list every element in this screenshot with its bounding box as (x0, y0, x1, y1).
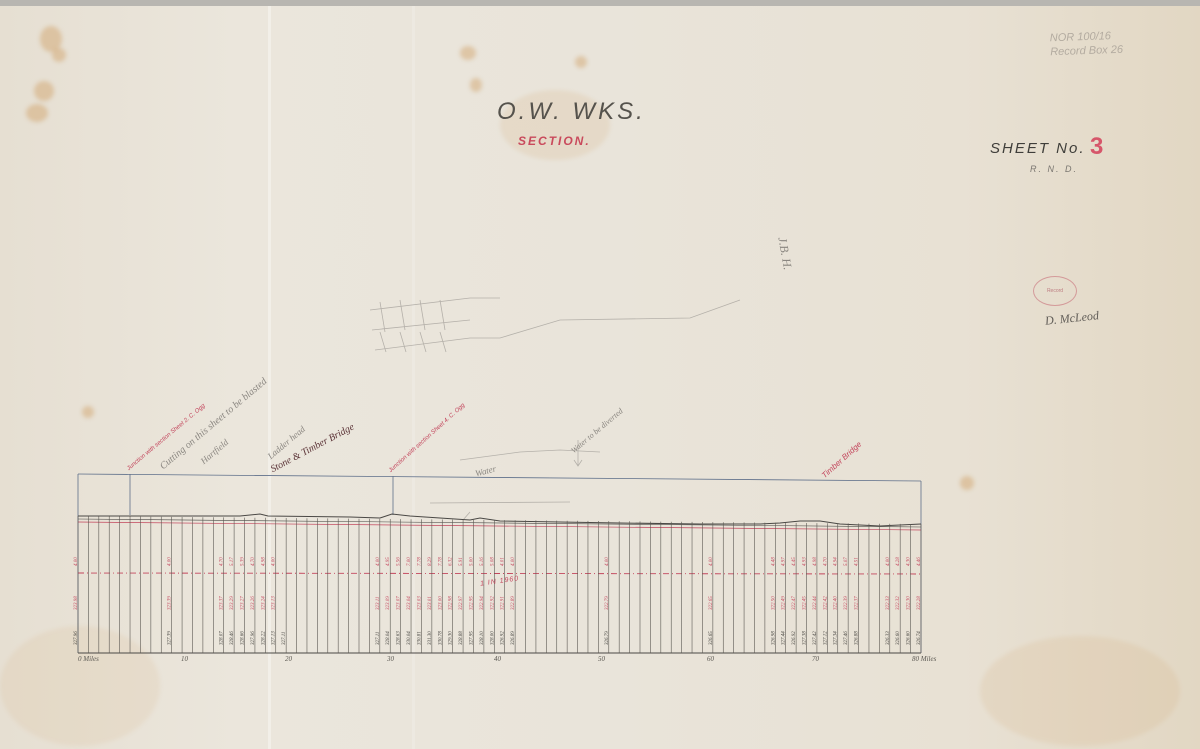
station-value: 7.78 (438, 557, 443, 566)
station-value: 5.07 (844, 557, 849, 566)
station-value: 327.96 (251, 631, 256, 645)
station-value: 4.95 (386, 557, 391, 566)
station-value: 323.01 (428, 596, 433, 610)
station-value: 5.17 (230, 557, 235, 566)
station-value: 322.98 (449, 596, 454, 610)
station-value: 322.50 (771, 596, 776, 610)
axis-tick-label: 40 (494, 655, 501, 663)
station-value: 326.60 (907, 631, 912, 645)
station-value: 327.13 (272, 631, 277, 645)
station-value: 328.46 (230, 631, 235, 645)
station-value: 327.12 (823, 631, 828, 645)
station-value: 329.30 (449, 631, 454, 645)
station-value: 4.01 (501, 557, 506, 566)
station-value: 322.37 (855, 596, 860, 610)
station-value: 326.89 (511, 631, 516, 645)
station-value: 4.00 (511, 557, 516, 566)
station-value: 323.27 (241, 596, 246, 610)
station-value: 322.30 (907, 596, 912, 610)
station-value: 323.98 (74, 596, 79, 610)
station-value: 322.94 (480, 596, 485, 610)
station-value: 328.04 (386, 631, 391, 645)
station-value: 322.95 (469, 596, 474, 610)
station-value: 326.92 (792, 631, 797, 645)
station-value: 326.98 (771, 631, 776, 645)
station-value: 327.46 (844, 631, 849, 645)
station-value: 327.34 (834, 631, 839, 645)
pencil-sketch (370, 298, 740, 520)
axis-tick-label: 10 (181, 655, 188, 663)
station-value: 4.00 (605, 557, 610, 566)
station-value: 322.28 (917, 596, 922, 610)
station-value: 323.37 (220, 596, 225, 610)
station-value: 328.88 (459, 631, 464, 645)
station-value: 8.29 (428, 557, 433, 566)
station-value: 4.30 (907, 557, 912, 566)
station-value: 322.47 (792, 596, 797, 610)
station-value: 323.29 (230, 596, 235, 610)
station-value: 326.33 (886, 631, 891, 645)
station-value: 323.11 (376, 597, 381, 610)
station-value: 323.24 (261, 596, 266, 610)
station-value: 326.65 (709, 631, 714, 645)
station-value: 327.38 (803, 631, 808, 645)
axis-tick-label: 30 (387, 655, 394, 663)
drawing-sheet: O.W. WKS. SECTION. SHEET No. 3 R. N. D. … (0, 6, 1200, 749)
station-value: 330.78 (438, 631, 443, 645)
station-value: 322.79 (605, 596, 610, 610)
station-value: 323.09 (386, 596, 391, 610)
station-value: 328.63 (397, 631, 402, 645)
station-value: 4.51 (855, 557, 860, 566)
station-value: 328.00 (490, 631, 495, 645)
station-value: 323.07 (397, 596, 402, 610)
station-value: 331.30 (428, 631, 433, 645)
station-value: 5.39 (241, 557, 246, 566)
axis-tick-label: 0 Miles (78, 655, 99, 663)
station-value: 327.44 (782, 631, 787, 645)
station-value: 4.94 (834, 557, 839, 566)
station-value: 327.95 (469, 631, 474, 645)
axis-tick-label: 20 (285, 655, 292, 663)
station-value: 322.40 (834, 596, 839, 610)
station-value: 4.00 (376, 557, 381, 566)
station-value: 4.28 (896, 557, 901, 566)
axis-tick-label: 70 (812, 655, 819, 663)
station-value: 327.39 (168, 631, 173, 645)
station-value: 322.42 (823, 596, 828, 610)
station-value: 327.42 (813, 631, 818, 645)
section-profile: 4.00323.98327.964.00323.39327.394.70323.… (0, 6, 1200, 749)
station-value: 323.00 (438, 596, 443, 610)
station-value: 4.46 (917, 557, 922, 566)
station-value: 5.00 (469, 557, 474, 566)
station-value: 4.93 (803, 557, 808, 566)
station-value: 4.00 (168, 557, 173, 566)
station-value: 5.16 (480, 557, 485, 566)
axis-tick-label: 60 (707, 655, 714, 663)
station-value: 328.07 (220, 631, 225, 645)
station-value: 7.78 (417, 557, 422, 566)
station-value: 330.81 (417, 631, 422, 645)
station-value: 322.89 (511, 596, 516, 610)
axis-tick-label: 50 (598, 655, 605, 663)
station-value: 4.98 (261, 557, 266, 566)
station-value: 323.26 (251, 596, 256, 610)
station-value: 4.70 (823, 557, 828, 566)
station-value: 323.39 (168, 596, 173, 610)
station-value: 323.03 (417, 596, 422, 610)
station-value: 322.65 (709, 596, 714, 610)
station-value: 322.45 (803, 596, 808, 610)
station-value: 322.97 (459, 596, 464, 610)
station-value: 322.39 (844, 596, 849, 610)
station-value: 322.49 (782, 596, 787, 610)
axis-tick-label: 80 Miles (912, 655, 936, 663)
station-value: 4.45 (792, 557, 797, 566)
station-value: 4.00 (709, 557, 714, 566)
station-value: 322.32 (896, 596, 901, 610)
station-value: 327.96 (74, 631, 79, 645)
station-value: 327.11 (282, 632, 287, 645)
station-value: 326.60 (896, 631, 901, 645)
station-value: 5.56 (397, 557, 402, 566)
station-value: 4.00 (74, 557, 79, 566)
station-value: 322.33 (886, 596, 891, 610)
station-value: 4.00 (272, 557, 277, 566)
station-value: 327.11 (376, 632, 381, 645)
station-value: 5.91 (459, 557, 464, 566)
station-value: 326.79 (605, 631, 610, 645)
station-value: 4.48 (771, 557, 776, 566)
station-value: 328.22 (261, 631, 266, 645)
station-value: 326.88 (855, 631, 860, 645)
station-value: 326.74 (917, 631, 922, 645)
station-value: 328.10 (480, 631, 485, 645)
station-value: 322.92 (490, 596, 495, 610)
station-value: 330.04 (407, 631, 412, 645)
station-value: 4.00 (886, 557, 891, 566)
station-value: 4.97 (782, 557, 787, 566)
station-value: 322.44 (813, 596, 818, 610)
station-value: 328.66 (241, 631, 246, 645)
station-value: 6.32 (449, 557, 454, 566)
station-value: 323.13 (272, 596, 277, 610)
station-value: 326.92 (501, 631, 506, 645)
station-value: 5.08 (490, 557, 495, 566)
station-value: 4.70 (220, 557, 225, 566)
station-value: 7.00 (407, 557, 412, 566)
station-value: 323.04 (407, 596, 412, 610)
station-value: 322.91 (501, 596, 506, 610)
station-value: 4.70 (251, 557, 256, 566)
station-value: 4.98 (813, 557, 818, 566)
